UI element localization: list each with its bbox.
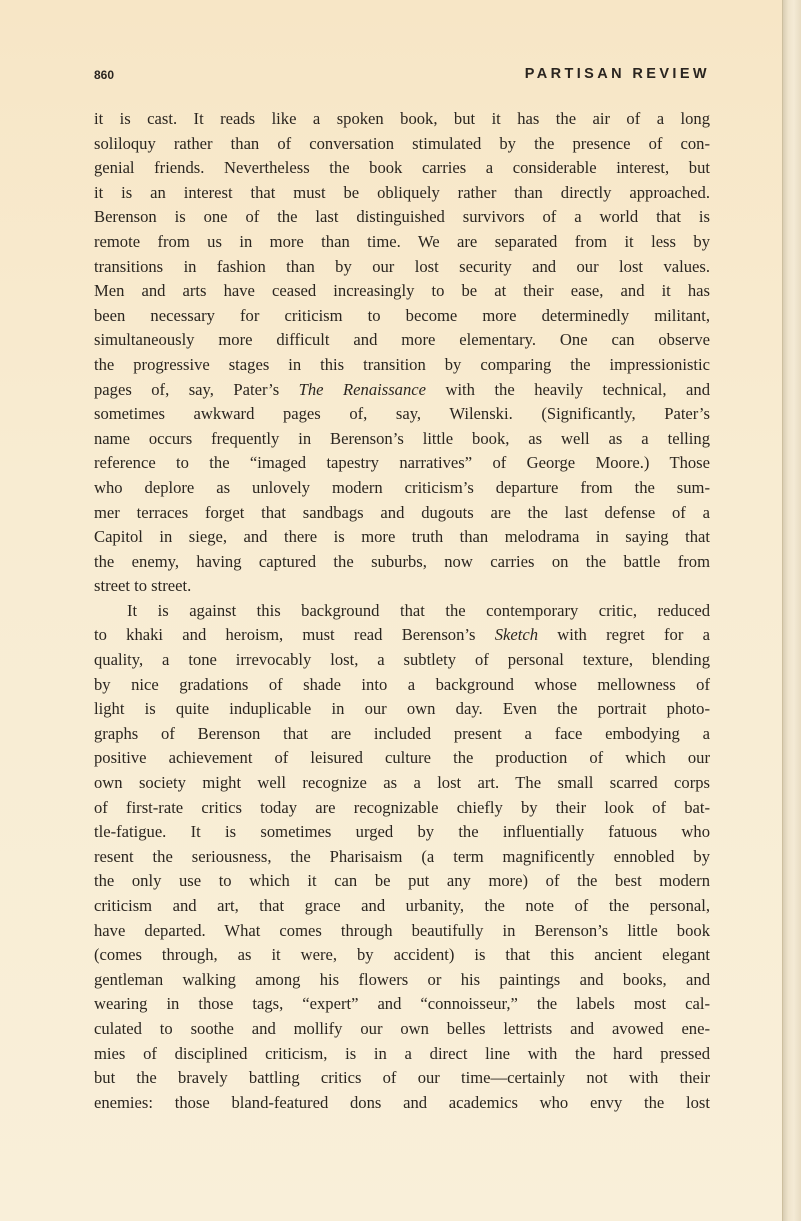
text-line: simultaneously more difficult and more e… (94, 328, 710, 353)
text-line: the only use to which it can be put any … (94, 869, 710, 894)
text-line: quality, a tone irrevocably lost, a subt… (94, 648, 710, 673)
text-line: Berenson is one of the last distinguishe… (94, 205, 710, 230)
text-line: but the bravely battling critics of our … (94, 1066, 710, 1091)
text-line: tle-fatigue. It is sometimes urged by th… (94, 820, 710, 845)
text-line: remote from us in more than time. We are… (94, 230, 710, 255)
paragraph-end-line: street to street. (94, 574, 710, 599)
text-line: Capitol in siege, and there is more trut… (94, 525, 710, 550)
text-run: pages of, say, Pater’s (94, 380, 299, 399)
text-line: (comes through, as it were, by accident)… (94, 943, 710, 968)
page-header: 860 PARTISAN REVIEW (94, 66, 710, 90)
page-edge-shadow (782, 0, 801, 1221)
text-line: it is an interest that must be obliquely… (94, 181, 710, 206)
text-line: wearing in those tags, “expert” and “con… (94, 992, 710, 1017)
body-text: it is cast. It reads like a spoken book,… (94, 107, 710, 1115)
text-line: by nice gradations of shade into a backg… (94, 673, 710, 698)
text-line-with-title: to khaki and heroism, must read Berenson… (94, 623, 710, 648)
page-number: 860 (94, 68, 114, 82)
text-run: with regret for a (538, 625, 710, 644)
text-line: transitions in fashion than by our lost … (94, 255, 710, 280)
text-line: have departed. What comes through beauti… (94, 919, 710, 944)
text-line: positive achievement of leisured culture… (94, 746, 710, 771)
text-line: the progressive stages in this transitio… (94, 353, 710, 378)
text-line: mer terraces forget that sandbags and du… (94, 501, 710, 526)
text-line: own society might well recognize as a lo… (94, 771, 710, 796)
book-title-italic: Sketch (495, 625, 538, 644)
text-line: who deplore as unlovely modern criticism… (94, 476, 710, 501)
text-line: gentleman walking among his flowers or h… (94, 968, 710, 993)
text-line: resent the seriousness, the Pharisaism (… (94, 845, 710, 870)
text-line: genial friends. Nevertheless the book ca… (94, 156, 710, 181)
running-head: PARTISAN REVIEW (525, 66, 710, 82)
text-line: criticism and art, that grace and urbani… (94, 894, 710, 919)
text-line: sometimes awkward pages of, say, Wilensk… (94, 402, 710, 427)
text-line: soliloquy rather than of conversation st… (94, 132, 710, 157)
text-line: enemies: those bland-featured dons and a… (94, 1091, 710, 1116)
text-line: Men and arts have ceased increasingly to… (94, 279, 710, 304)
text-run: to khaki and heroism, must read Berenson… (94, 625, 495, 644)
text-line: culated to soothe and mollify our own be… (94, 1017, 710, 1042)
text-line: reference to the “imaged tapestry narrat… (94, 451, 710, 476)
text-line: been necessary for criticism to become m… (94, 304, 710, 329)
text-line: the enemy, having captured the suburbs, … (94, 550, 710, 575)
text-line: graphs of Berenson that are included pre… (94, 722, 710, 747)
text-line: mies of disciplined criticism, is in a d… (94, 1042, 710, 1067)
book-title-italic: The Renaissance (299, 380, 426, 399)
text-line: it is cast. It reads like a spoken book,… (94, 107, 710, 132)
text-run: with the heavily technical, and (426, 380, 710, 399)
text-line: name occurs frequently in Berenson’s lit… (94, 427, 710, 452)
paragraph-start-line: It is against this background that the c… (94, 599, 710, 624)
book-page: 860 PARTISAN REVIEW it is cast. It reads… (0, 0, 801, 1221)
text-line: of first-rate critics today are recogniz… (94, 796, 710, 821)
text-line: light is quite induplicable in our own d… (94, 697, 710, 722)
text-line-with-title: pages of, say, Pater’s The Renaissance w… (94, 378, 710, 403)
